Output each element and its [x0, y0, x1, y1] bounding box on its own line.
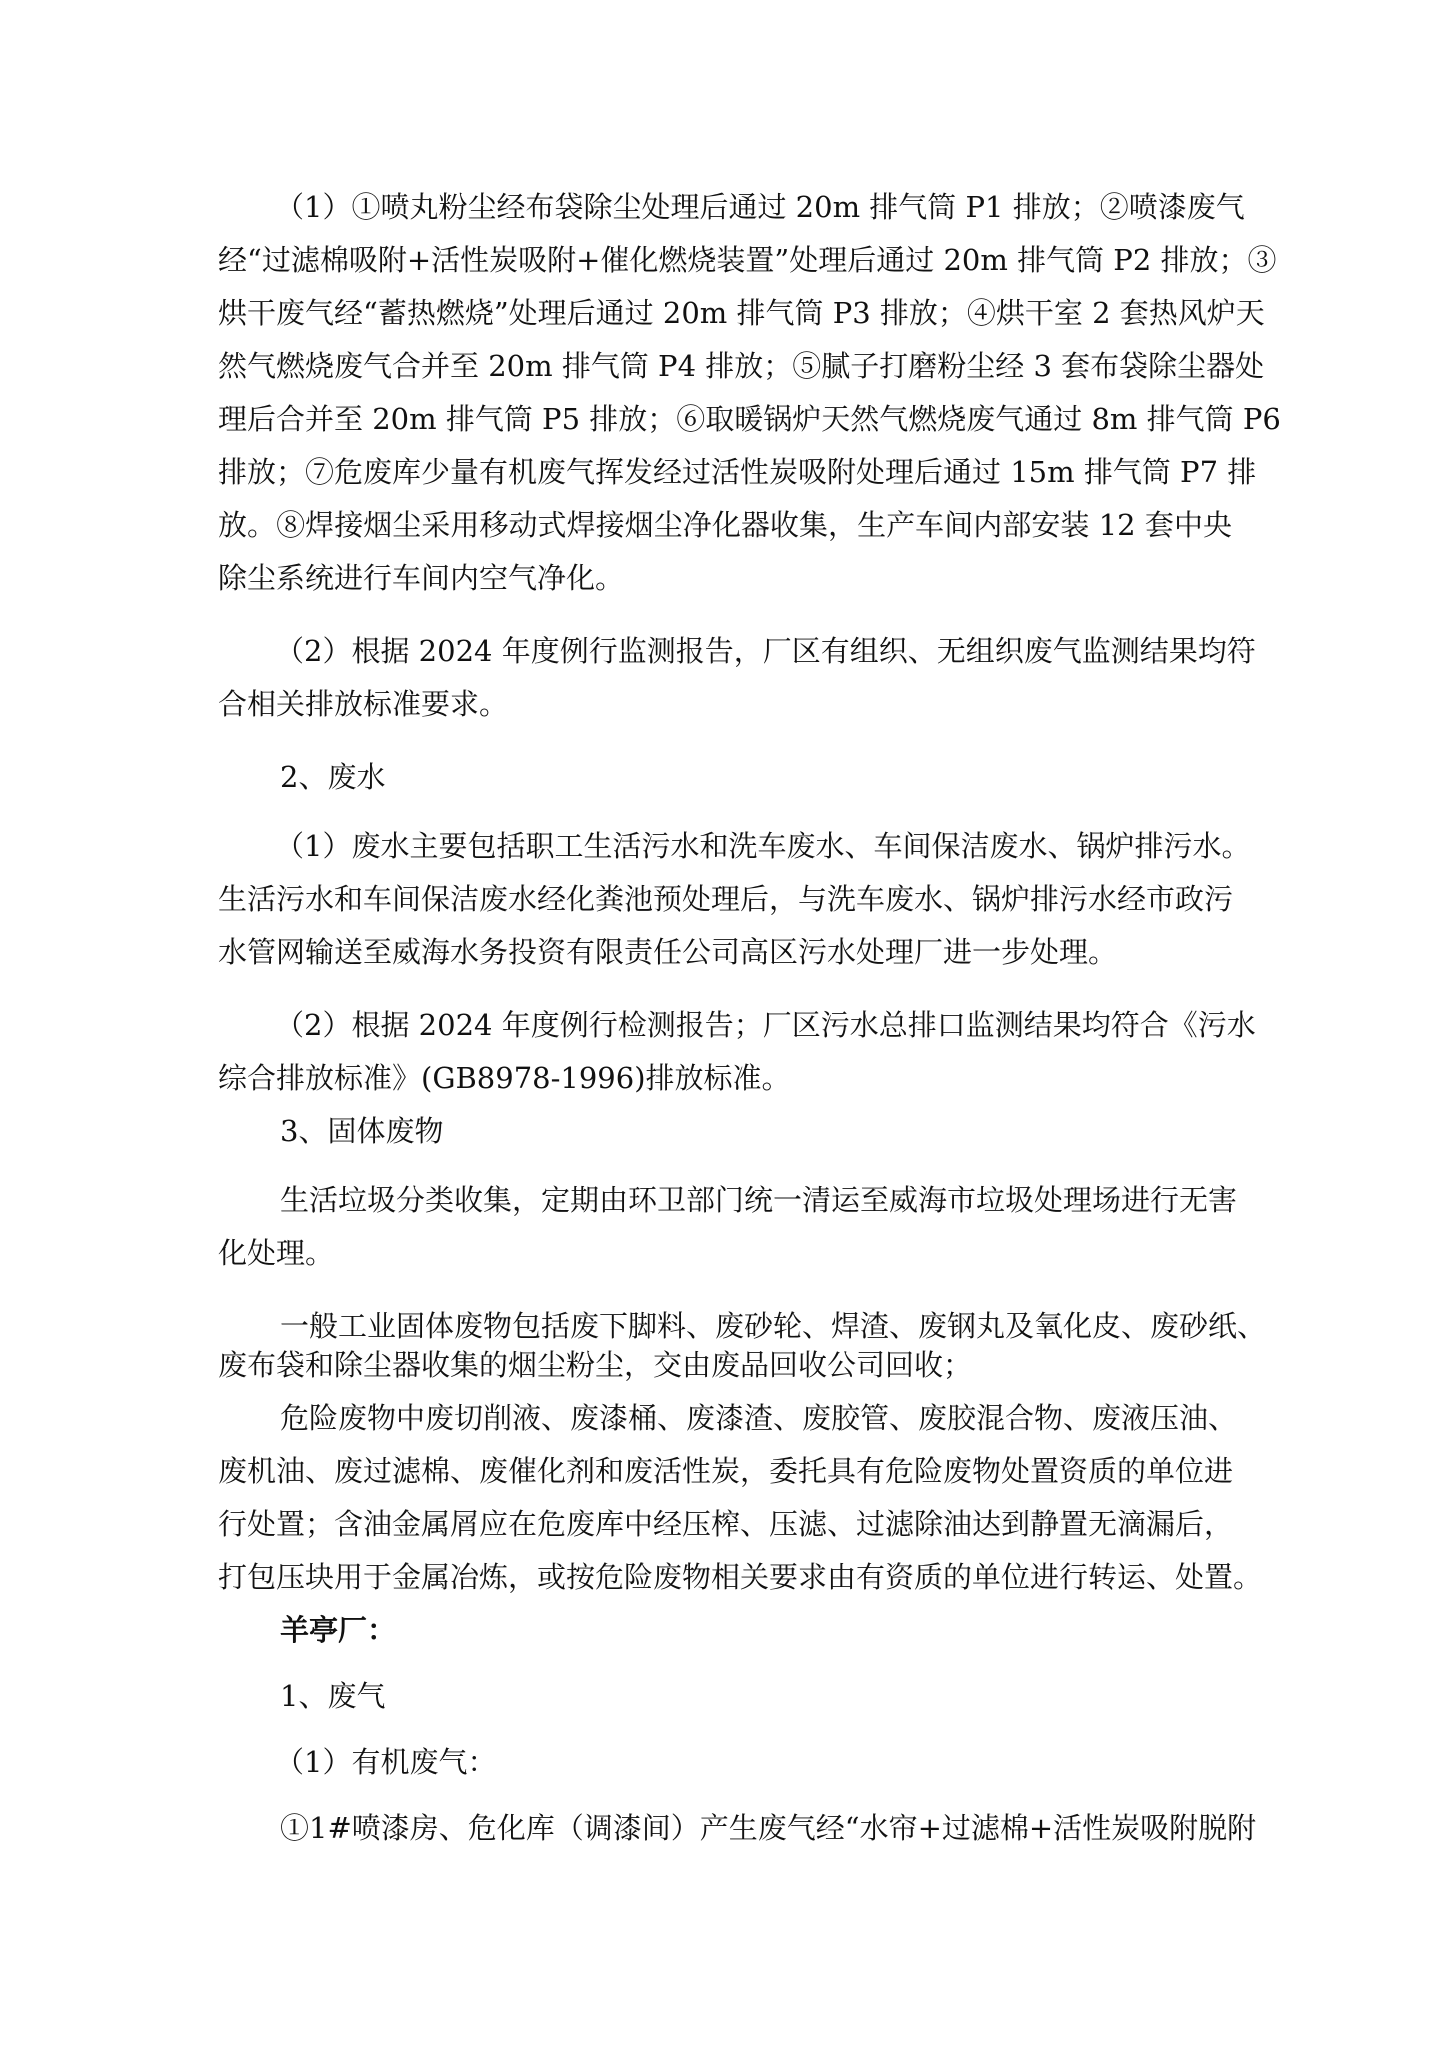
text-line: 生活污水和车间保洁废水经化粪池预处理后，与洗车废水、锅炉排污水经市政污 — [218, 879, 1232, 919]
text-line: （2）根据 2024 年度例行检测报告；厂区污水总排口监测结果均符合《污水 — [275, 1005, 1232, 1045]
text-line: 化处理。 — [218, 1233, 1232, 1273]
text-line: ①1#喷漆房、危化库（调漆间）产生废气经“水帘+过滤棉+活性炭吸附脱附 — [280, 1808, 1232, 1848]
text-line: （1）①喷丸粉尘经布袋除尘处理后通过 20m 排气筒 P1 排放；②喷漆废气 — [275, 187, 1232, 227]
document-page: （1）①喷丸粉尘经布袋除尘处理后通过 20m 排气筒 P1 排放；②喷漆废气经“… — [0, 0, 1448, 2048]
text-line: 然气燃烧废气合并至 20m 排气筒 P4 排放；⑤腻子打磨粉尘经 3 套布袋除尘… — [218, 346, 1232, 386]
text-line: （2）根据 2024 年度例行监测报告，厂区有组织、无组织废气监测结果均符 — [275, 631, 1232, 671]
text-line: 经“过滤棉吸附+活性炭吸附+催化燃烧装置”处理后通过 20m 排气筒 P2 排放… — [218, 240, 1232, 280]
text-line: 放。⑧焊接烟尘采用移动式焊接烟尘净化器收集，生产车间内部安装 12 套中央 — [218, 505, 1232, 545]
text-line: 行处置；含油金属屑应在危废库中经压榨、压滤、过滤除油达到静置无滴漏后， — [218, 1504, 1232, 1544]
text-line: 综合排放标准》(GB8978-1996)排放标准。 — [218, 1058, 1232, 1098]
text-line: 生活垃圾分类收集，定期由环卫部门统一清运至威海市垃圾处理场进行无害 — [280, 1180, 1232, 1220]
text-line: 2、废水 — [280, 757, 1232, 797]
text-line: 排放；⑦危废库少量有机废气挥发经过活性炭吸附处理后通过 15m 排气筒 P7 排 — [218, 452, 1232, 492]
text-line: 理后合并至 20m 排气筒 P5 排放；⑥取暖锅炉天然气燃烧废气通过 8m 排气… — [218, 399, 1232, 439]
text-line: 水管网输送至威海水务投资有限责任公司高区污水处理厂进一步处理。 — [218, 932, 1232, 972]
text-line: 除尘系统进行车间内空气净化。 — [218, 558, 1232, 598]
text-line: （1）废水主要包括职工生活污水和洗车废水、车间保洁废水、锅炉排污水。 — [275, 826, 1232, 866]
section-heading: 羊亭厂： — [280, 1610, 1232, 1650]
text-line: 烘干废气经“蓄热燃烧”处理后通过 20m 排气筒 P3 排放；④烘干室 2 套热… — [218, 293, 1232, 333]
text-line: 废机油、废过滤棉、废催化剂和废活性炭，委托具有危险废物处置资质的单位进 — [218, 1451, 1232, 1491]
text-line: 1、废气 — [280, 1676, 1232, 1716]
text-line: 废布袋和除尘器收集的烟尘粉尘，交由废品回收公司回收； — [218, 1345, 1232, 1385]
text-line: 危险废物中废切削液、废漆桶、废漆渣、废胶管、废胶混合物、废液压油、 — [280, 1398, 1232, 1438]
text-line: （1）有机废气： — [275, 1742, 1232, 1782]
text-line: 打包压块用于金属冶炼，或按危险废物相关要求由有资质的单位进行转运、处置。 — [218, 1557, 1232, 1597]
text-line: 一般工业固体废物包括废下脚料、废砂轮、焊渣、废钢丸及氧化皮、废砂纸、 — [280, 1306, 1232, 1346]
text-line: 3、固体废物 — [280, 1111, 1232, 1151]
text-line: 合相关排放标准要求。 — [218, 684, 1232, 724]
